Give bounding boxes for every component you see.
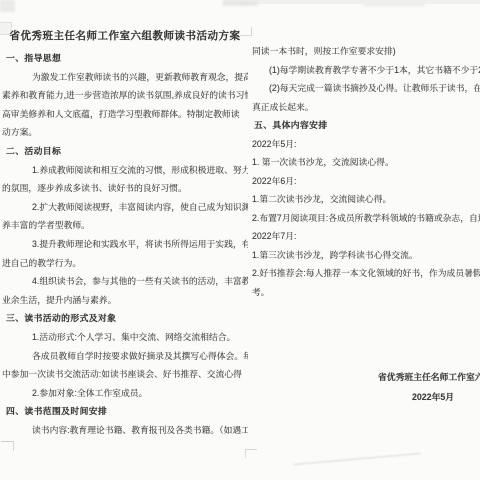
text-line: 1.活动形式:个人学习、集中交流、网络交流相结合。: [2, 328, 248, 347]
text-line: 五、具体内容安排: [252, 116, 480, 135]
scan-artifact-corner-mark: [1, 441, 14, 451]
text-line: 2022年7月:: [252, 227, 480, 246]
text-line: 同读一本书时，则按工作室要求安排): [252, 42, 480, 61]
text-line: 考。: [252, 283, 480, 302]
text-line: 2.扩大教师阅读视野，丰富阅读内容，使自己成为知识渊: [2, 198, 248, 217]
scan-artifact-corner-mark: [245, 449, 257, 458]
scan-artifact-crease: [293, 452, 421, 465]
signature-date: 2022年5月: [412, 391, 454, 403]
text-line: 2.参加对象:全体工作室成员。: [2, 384, 248, 403]
text-line: 读书内容:教育理论书籍、教育报刊及各类书籍。（如遇工: [2, 421, 248, 440]
signature-organization: 省优秀班主任名师工作室六组: [378, 371, 480, 383]
text-line: 的氛围，逐步养成多读书、读好书的良好习惯。: [2, 179, 248, 198]
text-line: 中参加一次读书交流活动:如读书座谈会、好书推荐、交流心得: [2, 365, 248, 384]
document-page: 省优秀班主任名师工作室六组教师读书活动方案 一、指导思想为激发工作室教师读书的兴…: [0, 0, 480, 480]
text-line: 4.组织读书会，参与其他的一些有关读书的活动，丰富教: [2, 272, 248, 291]
text-line: 素养和教育能力,进一步营造浓厚的读书氛围,养成良好的读书习惯: [2, 86, 248, 105]
right-column: 同读一本书时，则按工作室要求安排)(1)每学期读教育教学专著不少于1本，其它书籍…: [252, 42, 480, 304]
text-line: 进自己的教学行为。: [2, 254, 248, 273]
scan-artifact-top-strip: [238, 0, 480, 4]
text-line: 2022年6月:: [252, 172, 480, 191]
text-line: 3.提升教师理论和实践水平，将读书所得运用于实践，有: [2, 235, 248, 254]
text-line: 1.第三次读书沙龙，跨学科读书心得交流。: [252, 246, 480, 265]
scan-artifact-smudge: [363, 0, 425, 7]
text-line: 一、指导思想: [2, 49, 248, 68]
document-title: 省优秀班主任名师工作室六组教师读书活动方案: [0, 26, 250, 46]
text-line: 1. 第一次读书沙龙，交流阅读心得。: [252, 153, 480, 172]
text-line: 养丰富的学者型教师。: [2, 216, 248, 235]
scan-artifact-smudge: [222, 0, 258, 6]
text-line: 2.布置7月阅读项目:各成员所教学科领域的书籍或杂志，自选。: [252, 209, 480, 228]
text-line: 各成员教师自学时按要求做好摘录及其撰写心得体会。每: [2, 347, 248, 366]
text-line: 2022年5月:: [252, 135, 480, 154]
text-line: 真正成长起来。: [252, 98, 480, 117]
text-line: (2)每天完成一篇读书摘抄及心得。让教师乐于读书，在读: [252, 79, 480, 98]
text-line: 动方案。: [2, 123, 248, 142]
text-line: 四、读书范围及时间安排: [2, 402, 248, 421]
text-line: 2.好书推荐会:每人推荐一本文化领域的好书，作为成员暑假阅: [252, 264, 480, 283]
text-line: 业余生活，提升内涵与素养。: [2, 291, 248, 310]
text-line: 1.养成教师阅读和相互交流的习惯，形成积极进取、努力: [2, 161, 248, 180]
text-line: (1)每学期读教育教学专著不少于1本，其它书籍不少于2本。: [252, 61, 480, 80]
scan-artifact-corner-top-left: [0, 0, 15, 12]
text-line: 为激发工作室教师读书的兴趣，更新教师教育观念，提高: [2, 68, 248, 87]
text-line: 1.第二次读书沙龙，交流阅读心得。: [252, 190, 480, 209]
text-line: 三、读书活动的形式及对象: [2, 309, 248, 328]
text-line: 高审美修养和人文底蕴，打造学习型教师群体。特制定教师读: [2, 105, 248, 124]
text-line: 二、活动目标: [2, 142, 248, 161]
left-column: 一、指导思想为激发工作室教师读书的兴趣，更新教师教育观念，提高素养和教育能力,进…: [2, 49, 248, 441]
